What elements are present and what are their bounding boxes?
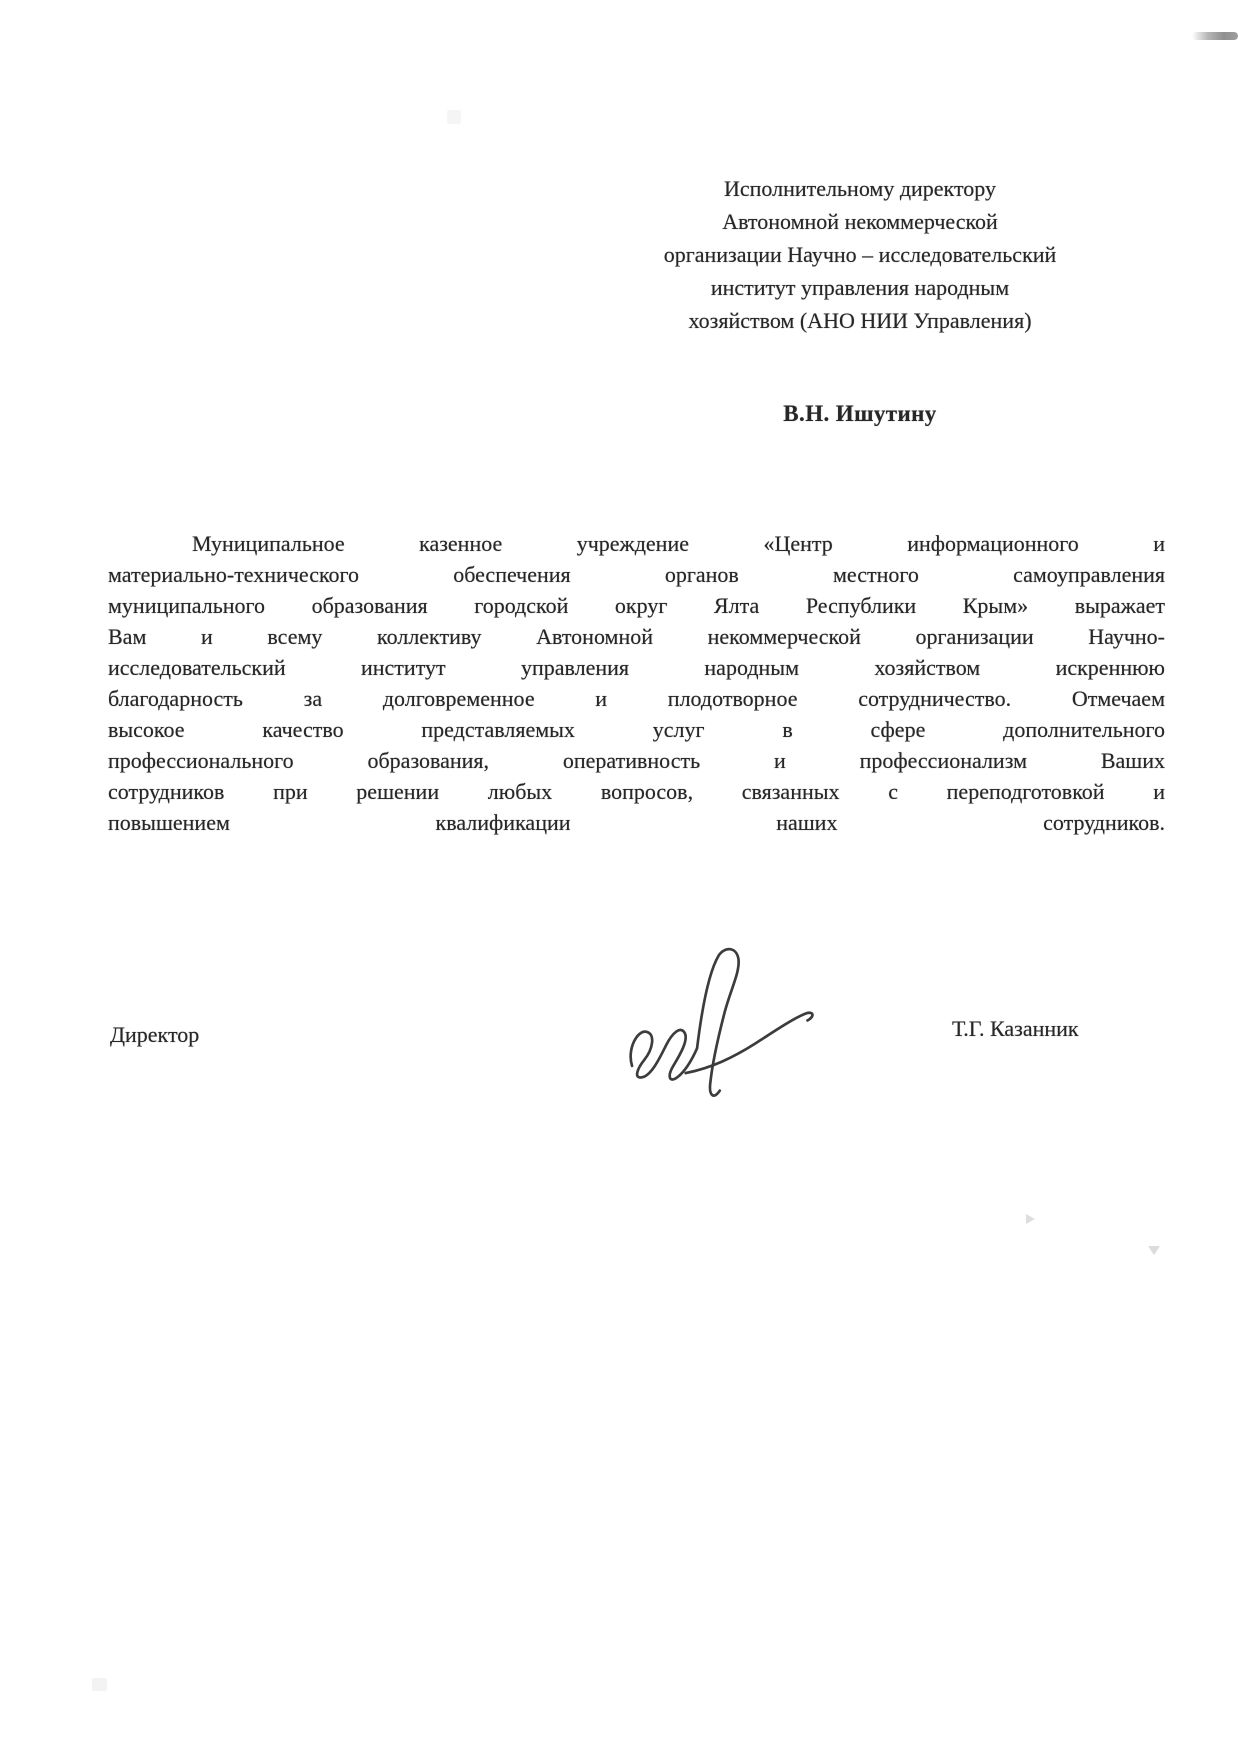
- body-line: Вам и всему коллективу Автономной некомм…: [108, 621, 1165, 652]
- signer-name: Т.Г. Казанник: [952, 1016, 1079, 1042]
- body-line: материально-технического обеспечения орг…: [108, 559, 1165, 590]
- body-line: Муниципальное казенное учреждение «Центр…: [108, 528, 1165, 559]
- body-line: профессионального образования, оперативн…: [108, 745, 1165, 776]
- scan-artifact-dash: [1192, 32, 1238, 40]
- addressee-block: Исполнительному директору Автономной нек…: [590, 172, 1130, 337]
- addressee-line: институт управления народным: [590, 271, 1130, 304]
- body-line: повышением квалификации наших сотруднико…: [108, 807, 1165, 838]
- handwritten-signature-icon: [622, 942, 832, 1102]
- addressee-line: Исполнительному директору: [590, 172, 1130, 205]
- scan-smudge: [92, 1678, 107, 1691]
- addressee-line: хозяйством (АНО НИИ Управления): [590, 304, 1130, 337]
- letter-body: Муниципальное казенное учреждение «Центр…: [108, 528, 1165, 838]
- signer-title: Директор: [110, 1022, 199, 1048]
- body-line: исследовательский институт управления на…: [108, 652, 1165, 683]
- scan-smudge: [447, 110, 461, 124]
- scan-artifact-mark: [1148, 1246, 1160, 1255]
- body-line: муниципального образования городской окр…: [108, 590, 1165, 621]
- addressee-line: организации Научно – исследовательский: [590, 238, 1130, 271]
- body-line: высокое качество представляемых услуг в …: [108, 714, 1165, 745]
- addressee-line: Автономной некоммерческой: [590, 205, 1130, 238]
- letter-page: Исполнительному директору Автономной нек…: [0, 0, 1239, 1754]
- body-line: благодарность за долговременное и плодот…: [108, 683, 1165, 714]
- recipient-name: В.Н. Ишутину: [590, 401, 1130, 427]
- scan-artifact-mark: [1026, 1214, 1035, 1224]
- body-line: сотрудников при решении любых вопросов, …: [108, 776, 1165, 807]
